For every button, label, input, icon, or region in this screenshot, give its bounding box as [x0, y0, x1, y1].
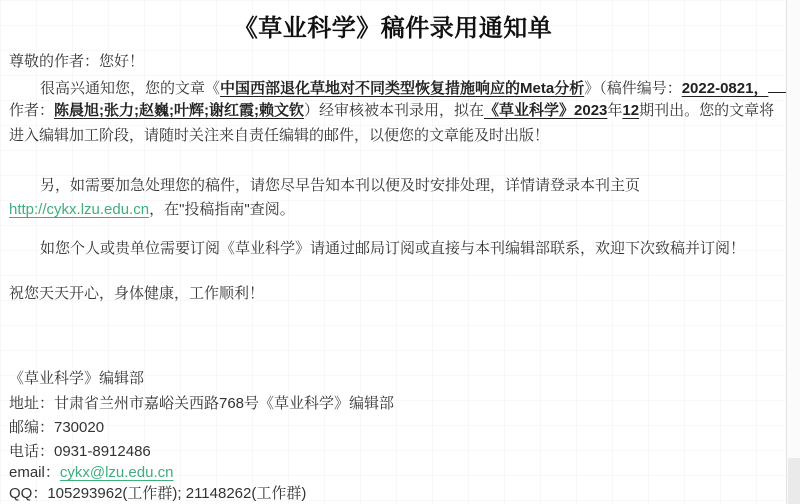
urgent-text: 另，如需要加急处理您的稿件，请您尽早告知本刊以便及时安排处理，详情请登录本刊主页 — [40, 177, 640, 194]
scrollbar-thumb[interactable] — [788, 458, 800, 504]
qq-text: QQ：105293962(工作群); 21148262(工作群) — [9, 485, 306, 502]
urgent-line-2: http://cykx.lzu.edu.cn，在"投稿指南"查阅。 — [9, 200, 778, 222]
manuscript-number: 2022-0821， — [682, 80, 769, 97]
notice-line-1: 很高兴通知您，您的文章《中国西部退化草地对不同类型恢复措施响应的Meta分析》（… — [9, 77, 778, 99]
qq-line: QQ：105293962(工作群); 21148262(工作群) — [9, 484, 778, 504]
greeting-line: 尊敬的作者：您好！ — [9, 52, 778, 74]
issue-number: 12 — [622, 102, 639, 119]
notice-line-2: 作者：陈晨旭;张力;赵巍;叶辉;谢红霞;赖文钦）经审核被本刊录用，拟在《草业科学… — [9, 101, 778, 123]
acceptance-notice-page: 《草业科学》稿件录用通知单 尊敬的作者：您好！ 很高兴通知您，您的文章《中国西部… — [0, 0, 800, 504]
email-line: email：cykx@lzu.edu.cn — [9, 463, 778, 485]
wish-text: 祝您天天开心，身体健康，工作顺利！ — [9, 285, 264, 302]
greeting-text: 尊敬的作者：您好！ — [9, 53, 144, 70]
editorial-office-text: 《草业科学》编辑部 — [9, 370, 144, 387]
phone-text: 电话：0931-8912486 — [9, 443, 151, 460]
wish-line: 祝您天天开心，身体健康，工作顺利！ — [9, 284, 778, 306]
postcode-line: 邮编：730020 — [9, 418, 778, 440]
year-char: 年 — [607, 102, 622, 119]
lead-text: 很高兴通知您，您的文章《 — [40, 80, 220, 97]
editorial-office-line: 《草业科学》编辑部 — [9, 369, 778, 391]
phone-line: 电话：0931-8912486 — [9, 442, 778, 464]
after-title-text: 》（稿件编号： — [584, 80, 682, 97]
article-title: 中国西部退化草地对不同类型恢复措施响应的Meta分析 — [220, 80, 584, 97]
urgent-line-1: 另，如需要加急处理您的稿件，请您尽早告知本刊以便及时安排处理，详情请登录本刊主页 — [9, 176, 778, 198]
journal-homepage-link[interactable]: http://cykx.lzu.edu.cn — [9, 201, 149, 218]
address-line: 地址：甘肃省兰州市嘉峪关西路768号《草业科学》编辑部 — [9, 394, 778, 416]
guide-text: ，在"投稿指南"查阅。 — [149, 201, 295, 218]
email-label: email： — [9, 464, 60, 481]
authors-list: 陈晨旭;张力;赵巍;叶辉;谢红霞;赖文钦 — [54, 102, 304, 119]
postcode-text: 邮编：730020 — [9, 419, 104, 436]
after-authors-text: ）经审核被本刊录用，拟在 — [304, 102, 484, 119]
notice-line-3: 进入编辑加工阶段，请随时关注来自责任编辑的邮件，以便您的文章能及时出版！ — [9, 126, 778, 148]
scrollbar-track[interactable] — [786, 0, 800, 504]
subscription-text: 如您个人或贵单位需要订阅《草业科学》请通过邮局订阅或直接与本刊编辑部联系，欢迎下… — [40, 240, 745, 257]
address-text: 地址：甘肃省兰州市嘉峪关西路768号《草业科学》编辑部 — [9, 395, 394, 412]
authors-label: 作者： — [9, 102, 54, 119]
wrap-line-text: 进入编辑加工阶段，请随时关注来自责任编辑的邮件，以便您的文章能及时出版！ — [9, 127, 549, 144]
journal-and-year: 《草业科学》2023 — [484, 102, 607, 119]
after-issue-text: 期刊出。您的文章将 — [639, 102, 774, 119]
page-title: 《草业科学》稿件录用通知单 — [0, 8, 786, 43]
email-link[interactable]: cykx@lzu.edu.cn — [60, 464, 174, 481]
subscription-line: 如您个人或贵单位需要订阅《草业科学》请通过邮局订阅或直接与本刊编辑部联系，欢迎下… — [9, 239, 778, 261]
